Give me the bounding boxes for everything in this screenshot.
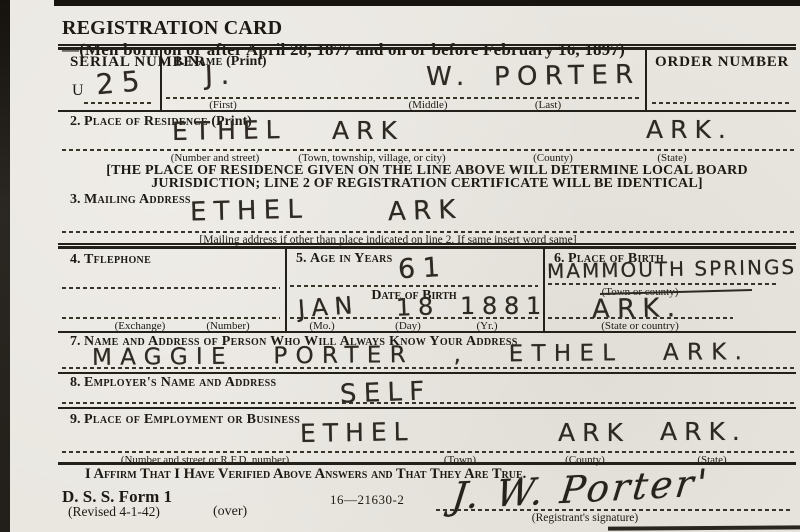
employment-dotted-line xyxy=(62,451,794,453)
residence-dotted-line xyxy=(62,149,794,151)
mailing-label: 3. Mailing Address xyxy=(70,192,191,208)
row3-rule-thick xyxy=(58,246,796,249)
over-note: (over) xyxy=(213,504,247,520)
age-label-text: Age in Years xyxy=(310,251,393,266)
telephone-label: 4. Tflephone xyxy=(70,252,151,268)
row1-bottom-rule xyxy=(58,110,796,112)
telephone-label-text: Tflephone xyxy=(84,252,151,267)
employment-county-value: ARK xyxy=(558,418,630,447)
birth-town-value: MAMMOUTH SPRINGS xyxy=(547,255,797,283)
residence-county-value: ARK xyxy=(332,116,404,145)
mailing-label-number: 3. xyxy=(70,192,81,207)
divider-telephone-age xyxy=(285,249,287,331)
telephone-dotted-line1 xyxy=(62,287,280,289)
row6-bottom-rule xyxy=(58,331,796,333)
mailing-dotted-line xyxy=(62,231,794,233)
age-label-number: 5. xyxy=(296,251,307,266)
employer-dotted-line xyxy=(62,402,794,404)
mailing-town-value: ETHEL xyxy=(190,194,310,227)
header-rule-thick xyxy=(58,47,796,50)
residence-town-value: ETHEL xyxy=(172,115,287,146)
telephone-label-number: 4. xyxy=(70,252,81,267)
contact-label-number: 7. xyxy=(70,334,81,349)
print-code: 16—21630-2 xyxy=(330,492,404,508)
row3-rule-thin xyxy=(58,243,796,245)
employment-state-value: ARK. xyxy=(660,417,747,446)
residence-state-value: ARK. xyxy=(646,115,733,144)
scan-edge-left xyxy=(0,0,10,532)
order-dotted-line xyxy=(652,102,790,104)
serial-dotted-line xyxy=(84,102,154,104)
employer-label: 8. Employer's Name and Address xyxy=(70,375,276,391)
age-value: 61 xyxy=(397,252,448,286)
employer-label-text: Employer's Name and Address xyxy=(84,375,276,390)
employment-town-value: ETHEL xyxy=(300,417,415,448)
divider-name-order xyxy=(645,50,647,110)
name-first-value: J. xyxy=(204,59,237,91)
mailing-label-text: Mailing Address xyxy=(84,192,191,207)
name-last-value: PORTER xyxy=(494,60,641,93)
signature-dotted-line xyxy=(436,509,792,511)
employment-label-text: Place of Employment or Business xyxy=(84,412,300,427)
employer-label-number: 8. xyxy=(70,375,81,390)
row8-bottom-rule xyxy=(58,407,796,409)
registration-card-scan: REGISTRATION CARD—(Men born on or after … xyxy=(0,0,800,532)
dob-year-value: 1881 xyxy=(460,292,548,320)
age-label: 5. Age in Years xyxy=(296,251,393,267)
telephone-dotted-line2 xyxy=(62,317,280,319)
scan-edge-bottom-right xyxy=(608,525,800,530)
residence-label-number: 2. xyxy=(70,114,81,129)
serial-value: 25 xyxy=(95,64,149,101)
employment-label-number: 9. xyxy=(70,412,81,427)
age-dotted-line xyxy=(290,285,538,287)
contact-dotted-line xyxy=(62,367,794,369)
birth-town-dotted-line xyxy=(548,283,778,285)
serial-prefix: U xyxy=(72,82,84,100)
scan-edge-top xyxy=(54,0,800,6)
card-title: REGISTRATION CARD xyxy=(62,17,282,39)
name-label-number: 1. xyxy=(174,54,185,69)
name-middle-value: W. xyxy=(426,62,472,92)
signature-caption: (Registrant's signature) xyxy=(495,512,675,524)
form-revision: (Revised 4-1-42) xyxy=(68,504,160,520)
employment-label: 9. Place of Employment or Business xyxy=(70,412,300,428)
row7-bottom-rule xyxy=(58,372,796,374)
header-rule-thin xyxy=(58,44,796,46)
order-number-label: ORDER NUMBER xyxy=(655,54,789,71)
birth-state-dotted-line xyxy=(548,317,733,319)
mailing-state-value: ARK xyxy=(387,195,463,228)
dob-dotted-line xyxy=(290,317,538,319)
employer-value: SELF xyxy=(340,376,432,409)
jurisdiction-notice-line2: JURISDICTION; LINE 2 OF REGISTRATION CER… xyxy=(58,176,796,192)
